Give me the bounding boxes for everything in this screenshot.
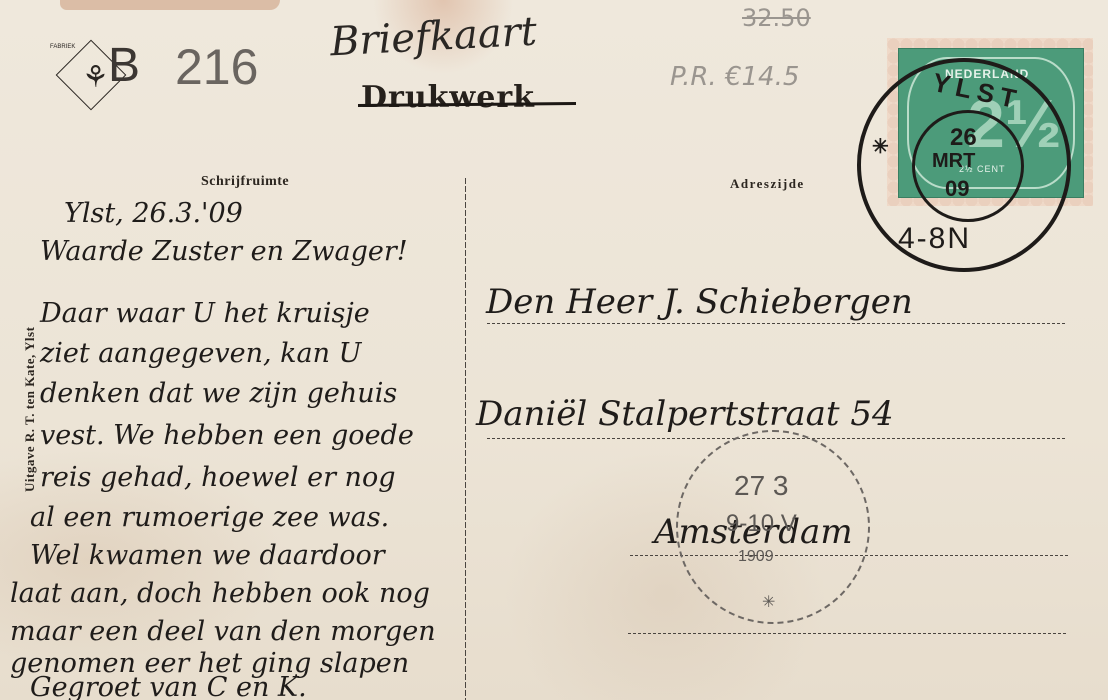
message-line: vest. We hebben een goede xyxy=(40,420,414,451)
amsterdam-postmark-time: 9-10 V xyxy=(726,510,797,538)
message-line: denken dat we zijn gehuis xyxy=(40,378,397,409)
address-dotted-line xyxy=(487,323,1067,324)
catalog-letter: B xyxy=(108,38,140,93)
message-line: reis gehad, hoewel er nog xyxy=(40,462,395,493)
address-line-street: Daniël Stalpertstraat 54 xyxy=(476,394,894,434)
ylst-postmark-time: 4-8N xyxy=(898,222,971,256)
publisher-imprint: Uitgave R. T. ten Kate, Ylst xyxy=(22,327,38,492)
old-price-note: 32.50 xyxy=(742,4,811,32)
tulip-icon: ⚘ xyxy=(82,60,109,95)
message-line: Ylst, 26.3.'09 xyxy=(64,198,243,229)
paper-stain xyxy=(60,0,280,10)
message-line: Wel kwamen we daardoor xyxy=(30,540,385,571)
amsterdam-postmark-date: 27 3 xyxy=(734,470,789,502)
ylst-postmark-year: 09 xyxy=(945,176,969,202)
message-line: laat aan, doch hebben ook nog xyxy=(10,578,430,609)
logo-text: FABRIEK xyxy=(50,44,75,50)
message-line: maar een deel van den morgen xyxy=(10,616,436,647)
star-icon: ✳ xyxy=(762,592,775,612)
message-line: Daar waar U het kruisje xyxy=(40,298,370,329)
catalog-number: 216 xyxy=(175,38,258,96)
writing-space-label: Schrijfruimte xyxy=(201,174,289,190)
postcard-back: ⚘ FABRIEK B 216 Briefkaart Drukwerk 32.5… xyxy=(0,0,1108,700)
address-side-label: Adreszijde xyxy=(730,176,805,192)
center-divider xyxy=(465,178,466,700)
new-price-note: P.R. €14.5 xyxy=(670,62,799,92)
ylst-postmark-month: MRT xyxy=(932,150,975,173)
ylst-postmark-date: 26 xyxy=(950,124,977,152)
drukwerk-label: Drukwerk xyxy=(361,80,535,115)
message-line: Waarde Zuster en Zwager! xyxy=(40,236,408,267)
message-line: al een rumoerige zee was. xyxy=(30,502,389,533)
address-dotted-line xyxy=(628,633,1068,634)
briefkaart-handwriting: Briefkaart xyxy=(329,9,538,66)
message-line: ziet aangegeven, kan U xyxy=(40,338,361,369)
star-icon: ✳ xyxy=(872,134,889,159)
message-line: Gegroet van C en K. xyxy=(30,672,307,700)
amsterdam-postmark-year: 1909 xyxy=(738,548,774,566)
address-line-recipient: Den Heer J. Schiebergen xyxy=(486,282,913,322)
